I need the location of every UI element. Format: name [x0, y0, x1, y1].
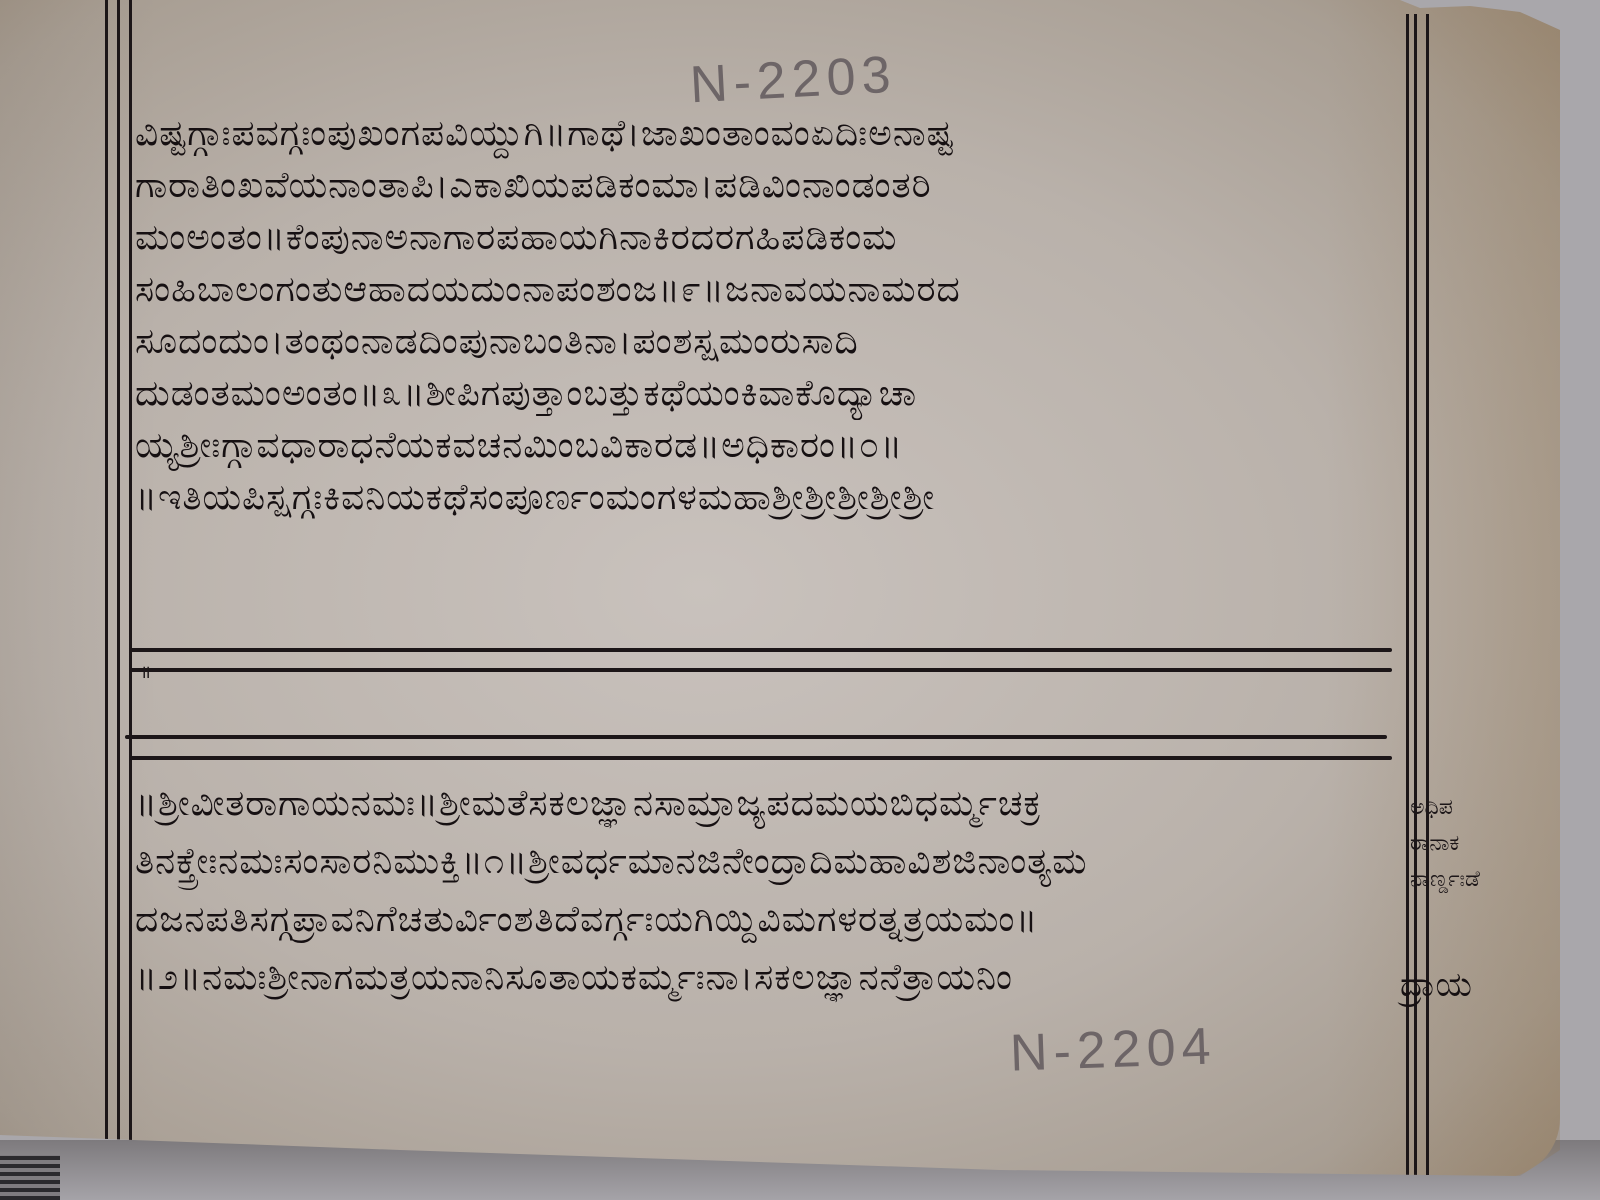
catalog-number-bottom: N-2204 [1009, 1016, 1218, 1083]
manuscript-page: N-2203 N-2204 ವಿಷ್ಟಗ್ಗಾಃಪವಗ್ಗಃಂಪುಖಂಗಪವಿಯ… [0, 0, 1560, 1178]
text-line: ಯ್ಯಶ್ರೀಃಗ್ಗಾವಧಾರಾಧನೆಯಕವಚನಮಿಂಬವಿಕಾರಡ॥ಅಧಿಕ… [135, 420, 1385, 472]
text-line: ॥ಇತಿಯಪಿಸ್ಷಗ್ಗಃಕಿವನಿಯಕಥೆಸಂಪೂರ್ಣಂಮಂಗಳಮಹಾಶ್… [135, 472, 1385, 524]
left-border-line-2 [117, 0, 120, 1160]
divider-line-1 [130, 648, 1392, 652]
text-line: ॥೨॥ನಮಃಶ್ರೀನಾಗಮತ್ರಯನಾನಿಸೂತಾಯಕರ್ಮ್ಮಃನಾ।ಸಕಲ… [135, 949, 1385, 1007]
margin-note-line: ಅಧಿಪ [1410, 790, 1540, 826]
catalog-number-top: N-2203 [689, 45, 898, 116]
overflow-word: ದ್ರಾಯ [1400, 965, 1472, 1005]
text-line: ದುಡಂತಮಂಅಂತಂ॥೩॥ಶೀಪಿಗಪುತ್ತಾಂಬತ್ತುಕಥೆಯಂಕಿವಾ… [135, 368, 1385, 420]
text-line: ದಜನಪತಿಸಗ್ಗಪ್ರಾವನಿಗೆಚತುರ್ವಿಂಶತಿದೆವರ್ಗ್ಗಃಯ… [135, 891, 1385, 949]
striped-object-corner [0, 1155, 60, 1200]
margin-note-line: ನಾರ್ಣ್ಡಃಡೆ [1410, 862, 1540, 898]
left-border-line-1 [105, 0, 108, 1160]
text-line: ॥ಶ್ರೀವೀತರಾಗಾಯನಮಃ॥ಶ್ರೀಮತೆಸಕಲಜ್ಞಾನಸಾಮ್ರಾಜ್… [135, 775, 1385, 833]
lower-text-section: ॥ಶ್ರೀವೀತರಾಗಾಯನಮಃ॥ಶ್ರೀಮತೆಸಕಲಜ್ಞಾನಸಾಮ್ರಾಜ್… [135, 775, 1385, 1007]
text-line: ವಿಷ್ಟಗ್ಗಾಃಪವಗ್ಗಃಂಪುಖಂಗಪವಿಯ್ದುಗಿ॥ಗಾಥೆ।ಜಾಖ… [135, 108, 1385, 160]
text-line: ಮಂಅಂತಂ॥ಕೆಂಪುನಾಅನಾಗಾರಪಹಾಯಗಿನಾಕಿರದರಗಹಿಪಡಿಕ… [135, 212, 1385, 264]
margin-annotation: ಅಧಿಪ ರಾನಾಕ ನಾರ್ಣ್ಡಃಡೆ [1410, 790, 1540, 898]
divider-line-3 [125, 735, 1387, 739]
section-end-mark: ॥ [140, 660, 151, 684]
text-line: ಗಾರಾತಿಂಖವೆಯನಾಂತಾಪಿ।ಎಕಾಖಿಯಪಡಿಕಂಮಾ।ಪಡಿವಿಂನ… [135, 160, 1385, 212]
upper-text-section: ವಿಷ್ಟಗ್ಗಾಃಪವಗ್ಗಃಂಪುಖಂಗಪವಿಯ್ದುಗಿ॥ಗಾಥೆ।ಜಾಖ… [135, 108, 1385, 524]
divider-line-4 [130, 756, 1392, 760]
left-border-line-3 [129, 0, 132, 1160]
text-line: ತಿನಕ್ತ್ರೇಃನಮಃಸಂಸಾರನಿಮುಕ್ತಿ॥೧॥ಶ್ರೀವರ್ಧಮಾನ… [135, 833, 1385, 891]
divider-line-2 [130, 668, 1392, 672]
margin-note-line: ರಾನಾಕ [1410, 826, 1540, 862]
text-line: ಸಂಹಿಬಾಲಂಗಂತುಆಹಾದಯದುಂನಾಪಂಶಂಜ॥೯॥ಜನಾವಯನಾಮರದ [135, 264, 1385, 316]
text-line: ಸೂದಂದುಂ।ತಂಥಂನಾಡದಿಂಪುನಾಬಂತಿನಾ।ಪಂಶಸ್ಷಮಂರುಸ… [135, 316, 1385, 368]
